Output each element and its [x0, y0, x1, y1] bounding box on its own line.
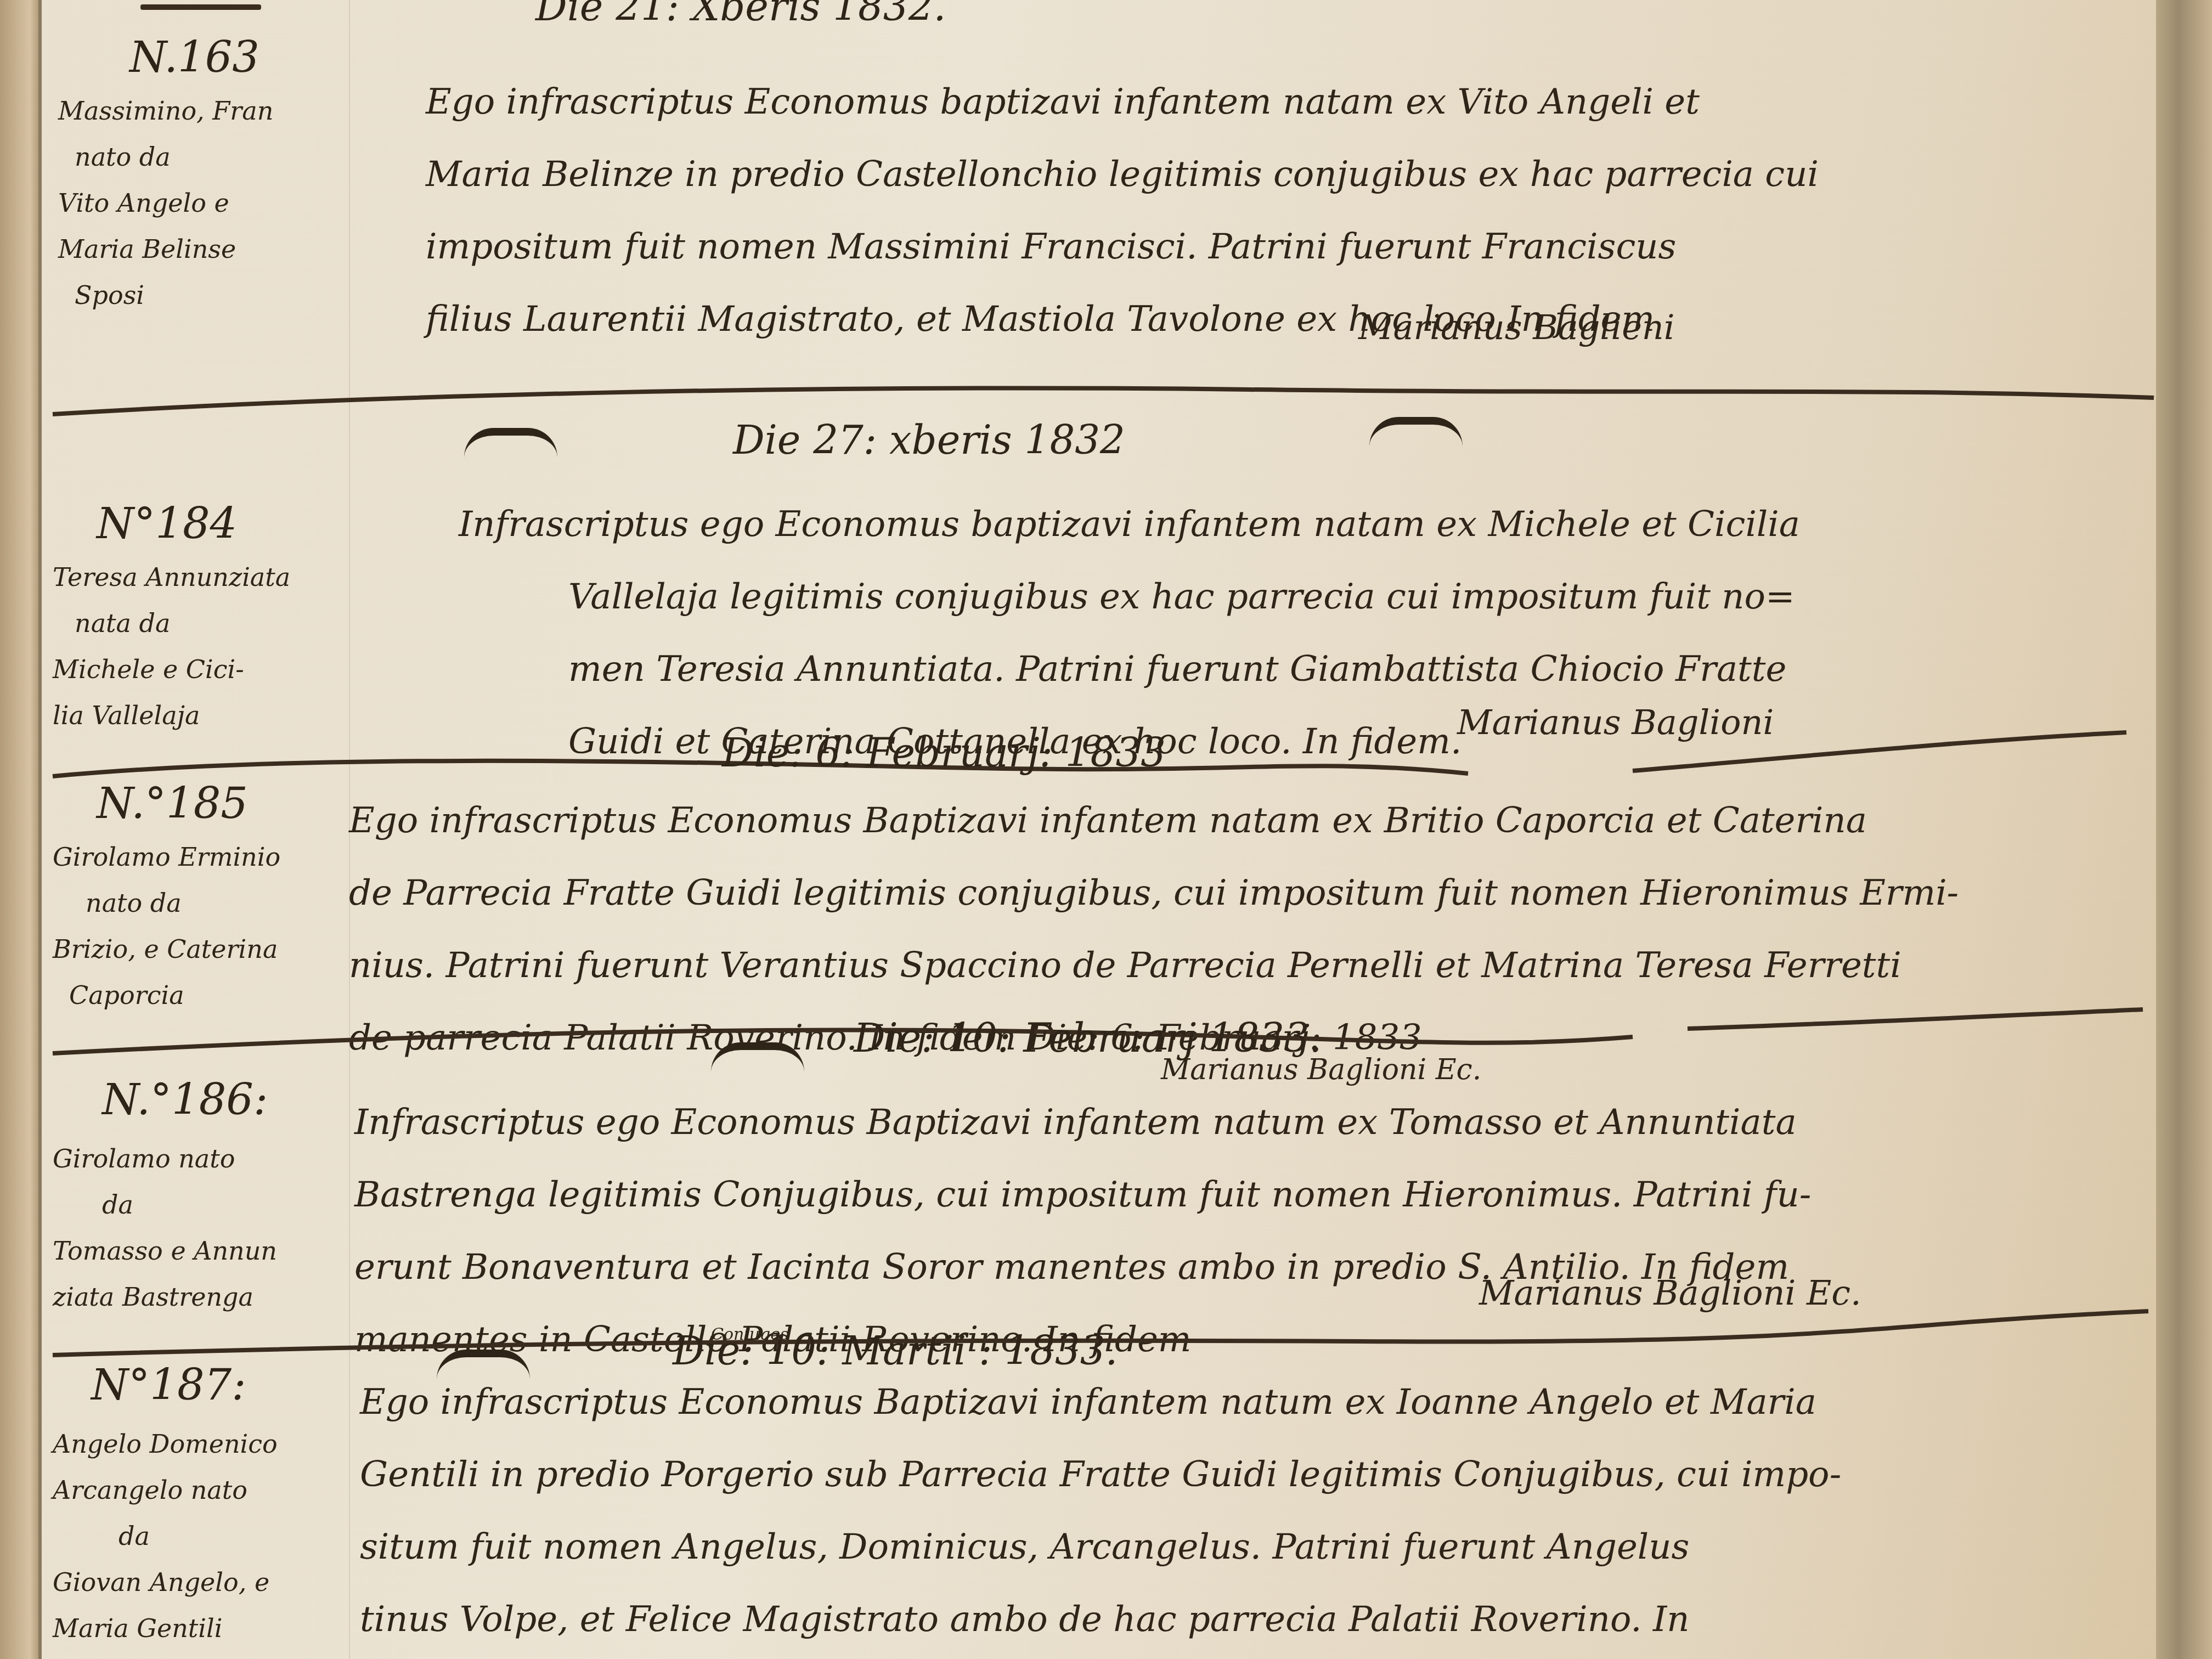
record-date: Die 27: xberis 1832 — [733, 417, 1125, 463]
book-page-edge-right — [2156, 0, 2212, 1659]
record-date: Die 21: Xberis 1832. — [535, 0, 946, 30]
body-line: Ego infrascriptus Economus Baptizavi inf… — [349, 785, 1959, 857]
margin-line: Sposi — [58, 272, 273, 318]
entry-number: N.163 — [129, 33, 259, 82]
margin-line: Girolamo nato — [53, 1136, 277, 1182]
margin-line: Maria Gentili — [53, 1605, 278, 1651]
margin-note: Angelo Domenico Arcangelo nato da Giovan… — [53, 1421, 278, 1651]
flourish-left — [711, 1042, 804, 1072]
body-line: Infrascriptus ego Economus Baptizavi inf… — [354, 1086, 1811, 1159]
margin-line: Angelo Domenico — [53, 1421, 278, 1467]
body-line: de Parrecia Fratte Guidi legitimis conju… — [349, 857, 1959, 929]
margin-line: Michele e Cici- — [53, 646, 290, 692]
margin-note: Girolamo nato da Tomasso e Annun ziata B… — [53, 1136, 277, 1320]
margin-line: Teresa Annunziata — [53, 554, 290, 600]
signature: Marianus Baglieni — [1358, 307, 1675, 347]
flourish-left — [464, 428, 557, 458]
margin-line: Maria Belinse — [58, 226, 273, 272]
body-line: men Teresia Annuntiata. Patrini fuerunt … — [459, 633, 1800, 706]
body-line: Vallelaja legitimis conjugibus ex hac pa… — [459, 561, 1800, 633]
flourish-right — [1369, 417, 1463, 447]
divider-line — [42, 373, 2159, 417]
body-line: nius. Patrini fuerunt Verantius Spaccino… — [349, 929, 1959, 1002]
margin-note: Massimino, Fran nato da Vito Angelo e Ma… — [58, 88, 273, 318]
body-line: Gentili in predio Porgerio sub Parrecia … — [360, 1438, 1841, 1511]
margin-line: Brizio, e Caterina — [53, 926, 280, 972]
body-line: Infrascriptus ego Economus baptizavi inf… — [459, 488, 1800, 561]
body-line: Bastrenga legitimis Conjugibus, cui impo… — [354, 1159, 1811, 1231]
interlinear-signature: Marianus Baglioni Ec. — [1161, 1053, 1481, 1086]
margin-line: da — [53, 1182, 277, 1228]
margin-line: Girolamo Erminio — [53, 834, 280, 880]
record-date: Die: 6: Februarj: 1833 — [722, 730, 1166, 776]
flourish — [140, 4, 261, 10]
register-page: Die 21: Xberis 1832. N.163 Massimino, Fr… — [38, 0, 2159, 1659]
margin-note: Teresa Annunziata nata da Michele e Cici… — [53, 554, 290, 738]
entry-number: N°187: — [91, 1361, 246, 1410]
entry-number: N.°186: — [102, 1075, 268, 1125]
margin-line: nata da — [53, 600, 290, 646]
margin-line: nato da — [58, 134, 273, 180]
body-line: impositum fuit nomen Massimini Francisci… — [426, 211, 1819, 283]
body-line: situm fuit nomen Angelus, Dominicus, Arc… — [360, 1511, 1841, 1583]
entry-number: N.°185 — [97, 779, 248, 828]
margin-line: Tomasso e Annun — [53, 1228, 277, 1274]
margin-line: Arcangelo nato — [53, 1467, 278, 1513]
record-body: Ego infrascriptus Economus Baptizavi inf… — [360, 1366, 1841, 1656]
body-line: tinus Volpe, et Felice Magistrato ambo d… — [360, 1583, 1841, 1656]
margin-line: Vito Angelo e — [58, 180, 273, 226]
margin-line: Massimino, Fran — [58, 88, 273, 134]
body-line: Ego infrascriptus Economus Baptizavi inf… — [360, 1366, 1841, 1438]
entry-number: N°184 — [97, 499, 237, 549]
book-spine-left — [0, 0, 43, 1659]
margin-line: da — [53, 1513, 278, 1559]
body-line: Ego infrascriptus Economus baptizavi inf… — [426, 66, 1819, 138]
body-line: Maria Belinze in predio Castellonchio le… — [426, 138, 1819, 211]
margin-line: nato da — [53, 880, 280, 926]
margin-line: Giovan Angelo, e — [53, 1559, 278, 1605]
margin-note: Girolamo Erminio nato da Brizio, e Cater… — [53, 834, 280, 1018]
